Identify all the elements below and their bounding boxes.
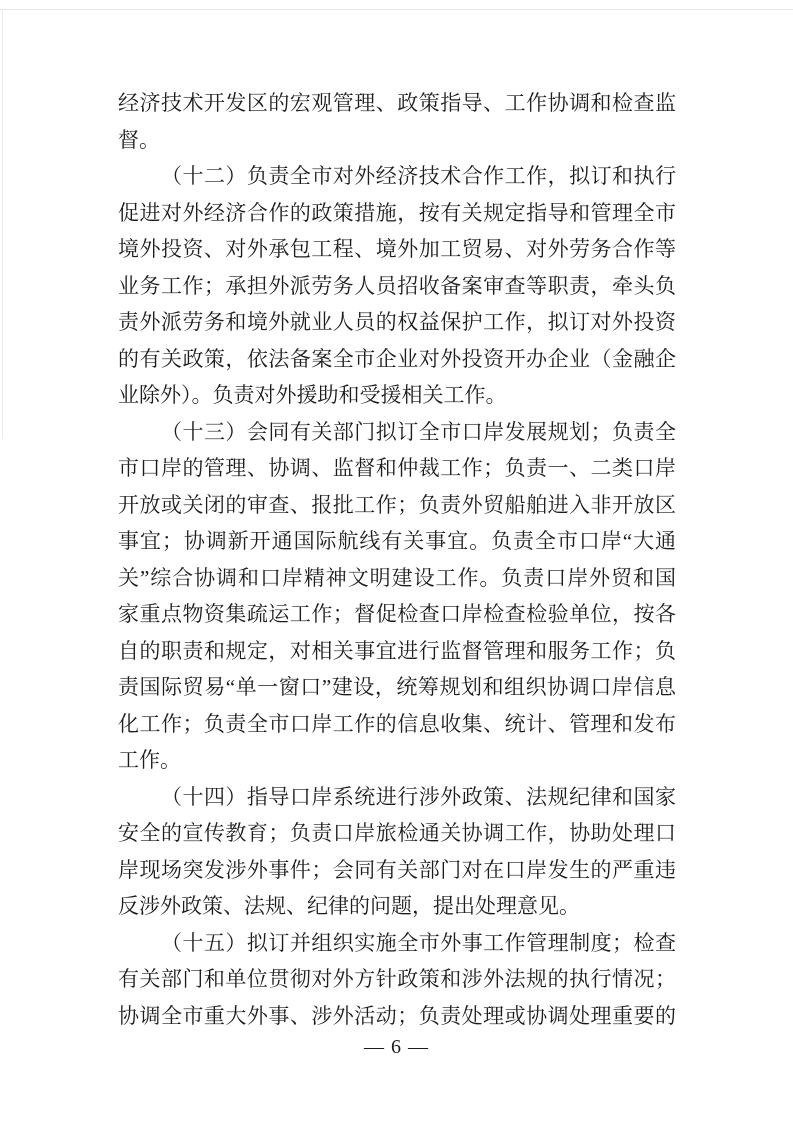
text-line: （十二）负责全市对外经济技术合作工作，拟订和执行 xyxy=(118,158,676,195)
text-line: 反涉外政策、法规、纪律的问题，提出处理意见。 xyxy=(118,888,676,925)
text-line: 的有关政策，依法备案全市企业对外投资开办企业（金融企 xyxy=(118,341,676,378)
text-line: 促进对外经济合作的政策措施，按有关规定指导和管理全市 xyxy=(118,195,676,232)
text-line: 开放或关闭的审查、报批工作；负责外贸船舶进入非开放区 xyxy=(118,487,676,524)
text-line: 业务工作；承担外派劳务人员招收备案审查等职责，牵头负 xyxy=(118,268,676,305)
text-line: 关”综合协调和口岸精神文明建设工作。负责口岸外贸和国 xyxy=(118,560,676,597)
text-line: 自的职责和规定，对相关事宜进行监督管理和服务工作；负 xyxy=(118,633,676,670)
text-line: 境外投资、对外承包工程、境外加工贸易、对外劳务合作等 xyxy=(118,231,676,268)
scan-artifact-top-line xyxy=(0,9,793,10)
text-line: 督。 xyxy=(118,122,676,159)
text-line: 事宜；协调新开通国际航线有关事宜。负责全市口岸“大通 xyxy=(118,523,676,560)
text-line: （十五）拟订并组织实施全市外事工作管理制度；检查 xyxy=(118,925,676,962)
text-line: 协调全市重大外事、涉外活动；负责处理或协调处理重要的 xyxy=(118,998,676,1035)
text-line: 市口岸的管理、协调、监督和仲裁工作；负责一、二类口岸 xyxy=(118,450,676,487)
text-line: 责国际贸易“单一窗口”建设，统筹规划和组织协调口岸信息 xyxy=(118,669,676,706)
text-line: 责外派劳务和境外就业人员的权益保护工作，拟订对外投资 xyxy=(118,304,676,341)
text-line: 业除外）。负责对外援助和受援相关工作。 xyxy=(118,377,676,414)
text-line: 经济技术开发区的宏观管理、政策指导、工作协调和检查监 xyxy=(118,85,676,122)
text-line: 家重点物资集疏运工作；督促检查口岸检查检验单位，按各 xyxy=(118,596,676,633)
text-line: 安全的宣传教育；负责口岸旅检通关协调工作，协助处理口 xyxy=(118,815,676,852)
text-line: （十三）会同有关部门拟订全市口岸发展规划；负责全 xyxy=(118,414,676,451)
text-line: 有关部门和单位贯彻对外方针政策和涉外法规的执行情况； xyxy=(118,961,676,998)
text-line: （十四）指导口岸系统进行涉外政策、法规纪律和国家 xyxy=(118,779,676,816)
text-line: 工作。 xyxy=(118,742,676,779)
document-text-block: 经济技术开发区的宏观管理、政策指导、工作协调和检查监督。（十二）负责全市对外经济… xyxy=(118,85,676,1034)
scan-artifact-left-line xyxy=(2,9,3,439)
text-line: 化工作；负责全市口岸工作的信息收集、统计、管理和发布 xyxy=(118,706,676,743)
document-page: 经济技术开发区的宏观管理、政策指导、工作协调和检查监督。（十二）负责全市对外经济… xyxy=(0,0,793,1122)
text-line: 岸现场突发涉外事件；会同有关部门对在口岸发生的严重违 xyxy=(118,852,676,889)
page-number: — 6 — xyxy=(0,1036,793,1059)
